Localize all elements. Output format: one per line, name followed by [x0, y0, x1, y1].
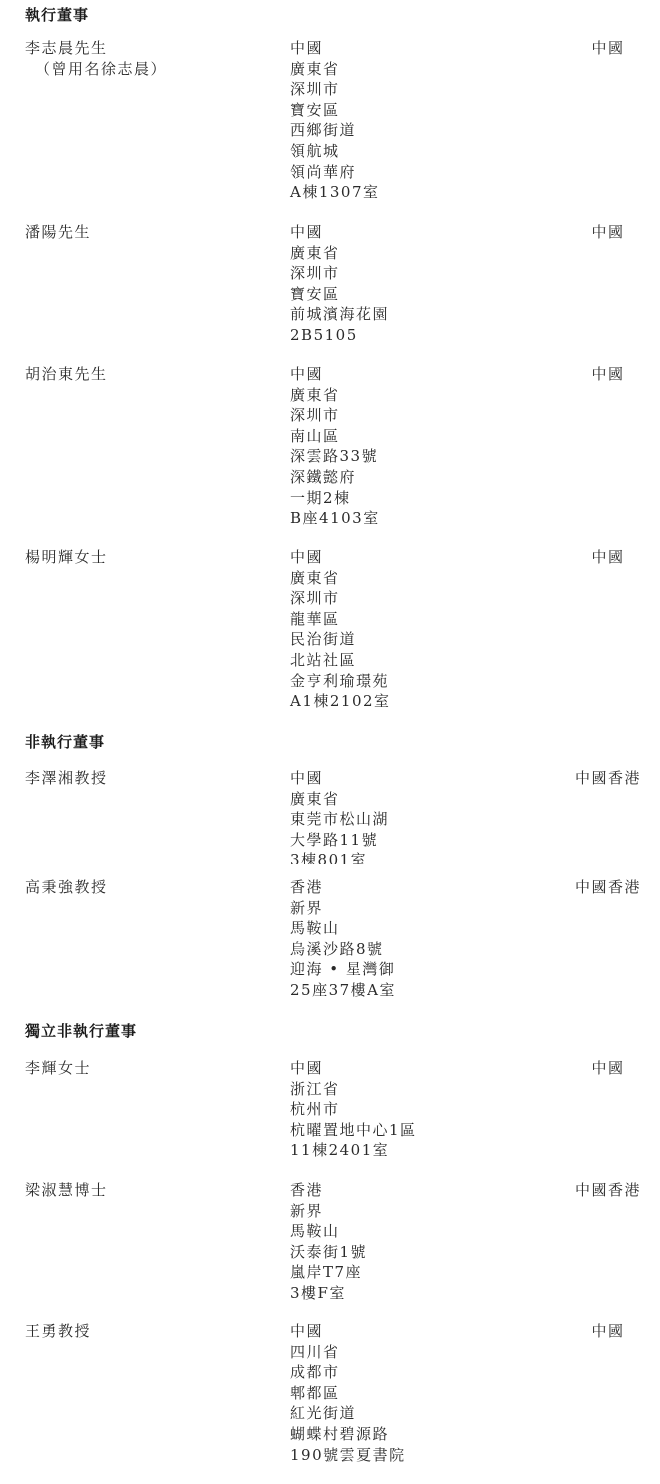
- address-line: 嵐岸T7座: [290, 1262, 367, 1283]
- address-line: 寶安區: [290, 100, 380, 121]
- address-line: A棟1307室: [290, 182, 380, 203]
- director-address: 香港 新界 馬鞍山 烏溪沙路8號 迎海 • 星灣御 25座37樓A室: [290, 877, 396, 1001]
- director-alias: （曾用名徐志晨）: [25, 59, 167, 80]
- director-address: 中國 廣東省 東莞市松山湖 大學路11號 3棟801室: [290, 768, 389, 864]
- address-line: 寶安區: [290, 284, 389, 305]
- address-line: 2B5105: [290, 325, 389, 346]
- address-line: 龍華區: [290, 609, 391, 630]
- address-line: 馬鞍山: [290, 918, 396, 939]
- section-heading-independent-non-executive-directors: 獨立非執行董事: [25, 1020, 137, 1041]
- address-line: 深圳市: [290, 405, 380, 426]
- address-line: 中國: [290, 1321, 406, 1342]
- address-line: 烏溪沙路8號: [290, 939, 396, 960]
- address-line: 中國: [290, 768, 389, 789]
- director-name: 胡治東先生: [25, 364, 108, 385]
- address-line: 北站社區: [290, 650, 391, 671]
- director-name: 李澤湘教授: [25, 768, 108, 789]
- address-line: 廣東省: [290, 568, 391, 589]
- director-address: 中國 廣東省 深圳市 寶安區 前城濱海花園 2B5105: [290, 222, 389, 346]
- director-nationality: 中國: [560, 38, 656, 59]
- address-line: 中國: [290, 1058, 417, 1079]
- director-name: 王勇教授: [25, 1321, 91, 1342]
- address-line: 領尚華府: [290, 162, 380, 183]
- address-line: 廣東省: [290, 385, 380, 406]
- director-name: 梁淑慧博士: [25, 1180, 108, 1201]
- director-nationality: 中國: [560, 222, 656, 243]
- address-line: 廣東省: [290, 243, 389, 264]
- address-line: 深圳市: [290, 79, 380, 100]
- address-line: 11棟2401室: [290, 1140, 417, 1161]
- director-name: 李輝女士: [25, 1058, 91, 1079]
- address-line: 杭州市: [290, 1099, 417, 1120]
- director-nationality: 中國: [560, 1058, 656, 1079]
- address-line: 190號雲夏書院: [290, 1445, 406, 1466]
- address-line: 金亨利瑜璟苑: [290, 671, 391, 692]
- address-line: 郫都區: [290, 1383, 406, 1404]
- address-line: 香港: [290, 1180, 367, 1201]
- director-address: 中國 廣東省 深圳市 龍華區 民治街道 北站社區 金亨利瑜璟苑 A1棟2102室: [290, 547, 391, 712]
- address-line: 3樓F室: [290, 1283, 367, 1304]
- address-line: 馬鞍山: [290, 1221, 367, 1242]
- director-name: 高秉強教授: [25, 877, 108, 898]
- address-line: 浙江省: [290, 1079, 417, 1100]
- address-line: 深圳市: [290, 588, 391, 609]
- address-line: 民治街道: [290, 629, 391, 650]
- address-line: 南山區: [290, 426, 380, 447]
- address-line: 一期2棟: [290, 488, 380, 509]
- address-line: 前城濱海花園: [290, 304, 389, 325]
- address-line: 四川省: [290, 1342, 406, 1363]
- address-line: 沃泰街1號: [290, 1242, 367, 1263]
- address-line: 紅光街道: [290, 1403, 406, 1424]
- director-nationality: 中國香港: [560, 1180, 656, 1201]
- address-line: 迎海 • 星灣御: [290, 959, 396, 980]
- address-line: 蝴蝶村碧源路: [290, 1424, 406, 1445]
- director-address: 香港 新界 馬鞍山 沃泰街1號 嵐岸T7座 3樓F室: [290, 1180, 367, 1304]
- director-name-text: 李志晨先生: [25, 39, 108, 57]
- address-line: 西鄉街道: [290, 120, 380, 141]
- director-address: 中國 廣東省 深圳市 南山區 深雲路33號 深鐵懿府 一期2棟 B座4103室: [290, 364, 380, 529]
- address-line: 大學路11號: [290, 830, 389, 851]
- address-line: 25座37樓A室: [290, 980, 396, 1001]
- address-line: B座4103室: [290, 508, 380, 529]
- director-address: 中國 浙江省 杭州市 杭曜置地中心1區 11棟2401室: [290, 1058, 417, 1161]
- section-heading-non-executive-directors: 非執行董事: [25, 731, 105, 752]
- address-line: 廣東省: [290, 59, 380, 80]
- address-line: A1棟2102室: [290, 691, 391, 712]
- director-nationality: 中國: [560, 364, 656, 385]
- address-line: 中國: [290, 364, 380, 385]
- address-line: 深圳市: [290, 263, 389, 284]
- address-line: 新界: [290, 898, 396, 919]
- address-line: 杭曜置地中心1區: [290, 1120, 417, 1141]
- address-line: 領航城: [290, 141, 380, 162]
- director-name: 李志晨先生 （曾用名徐志晨）: [25, 38, 167, 79]
- address-line: 廣東省: [290, 789, 389, 810]
- address-line: 中國: [290, 547, 391, 568]
- director-address: 中國 四川省 成都市 郫都區 紅光街道 蝴蝶村碧源路 190號雲夏書院: [290, 1321, 406, 1465]
- address-line: 香港: [290, 877, 396, 898]
- director-address: 中國 廣東省 深圳市 寶安區 西鄉街道 領航城 領尚華府 A棟1307室: [290, 38, 380, 203]
- director-name: 楊明輝女士: [25, 547, 108, 568]
- address-line: 中國: [290, 38, 380, 59]
- address-line: 深雲路33號: [290, 446, 380, 467]
- address-line: 新界: [290, 1201, 367, 1222]
- section-heading-executive-directors: 執行董事: [25, 4, 89, 25]
- director-nationality: 中國: [560, 547, 656, 568]
- address-line: 東莞市松山湖: [290, 809, 389, 830]
- address-line: 3棟801室: [290, 850, 389, 864]
- director-nationality: 中國香港: [560, 877, 656, 898]
- address-line: 中國: [290, 222, 389, 243]
- address-line: 成都市: [290, 1362, 406, 1383]
- director-name: 潘陽先生: [25, 222, 91, 243]
- director-nationality: 中國香港: [560, 768, 656, 789]
- director-nationality: 中國: [560, 1321, 656, 1342]
- address-line: 深鐵懿府: [290, 467, 380, 488]
